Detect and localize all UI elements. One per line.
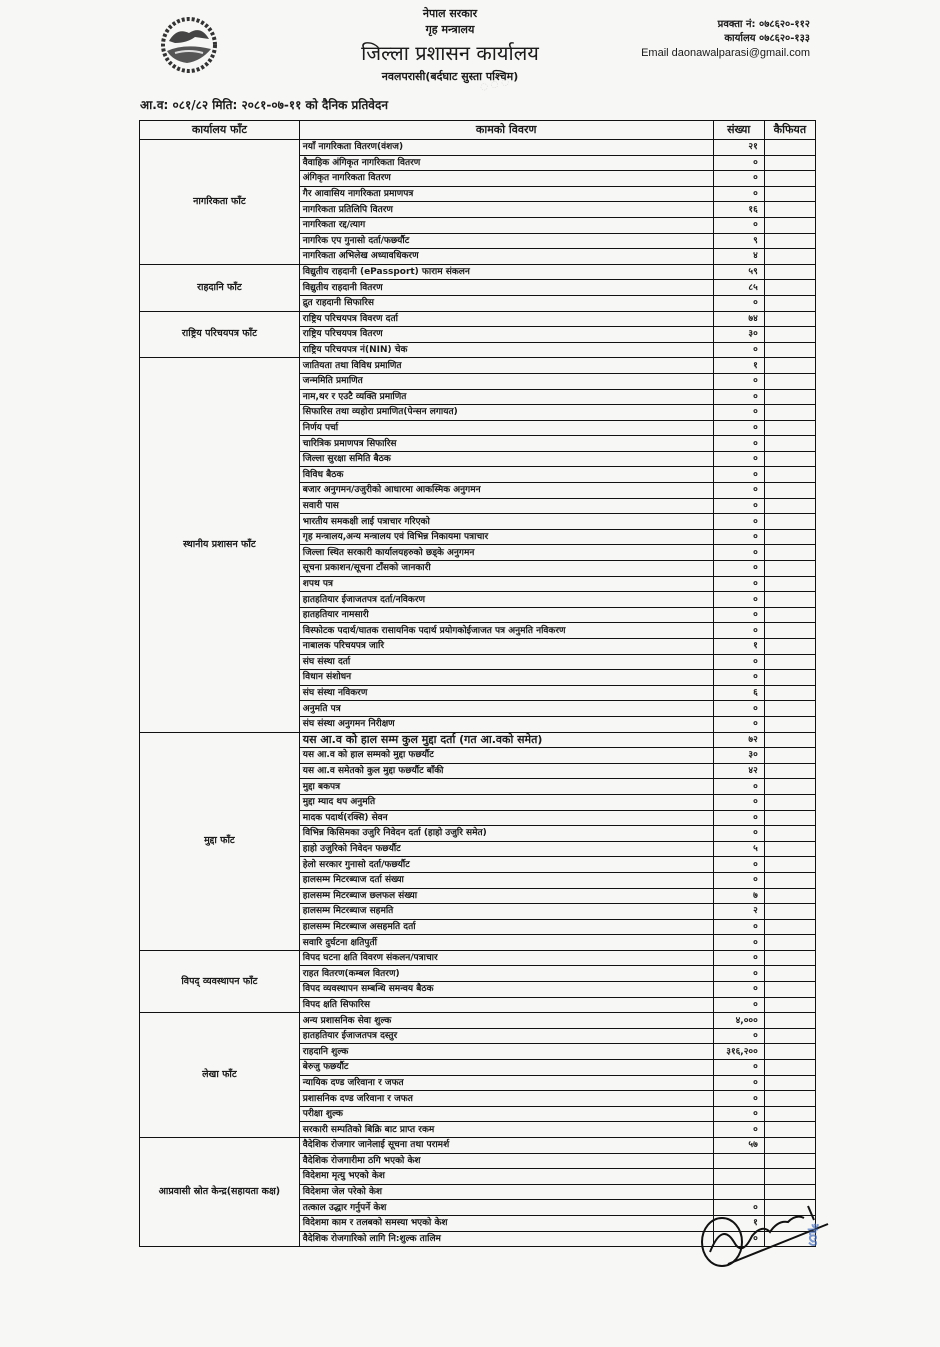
row-count: ५७ [713,1138,764,1154]
row-count: ६ [713,685,764,701]
table-row: राहदानि फाँटविद्युतीय राहदानी (ePassport… [140,264,816,280]
row-count: ० [713,576,764,592]
row-description: वैदेशिक रोजगार जानेलाई सूचना तथा परामर्श [299,1138,713,1154]
row-remarks [764,233,815,249]
row-description: हालसम्म मिटरब्याज सहमति [299,904,713,920]
row-remarks [764,670,815,686]
row-description: शपथ पत्र [299,576,713,592]
row-description: बजार अनुगमन/उजुरीको आधारमा आकस्मिक अनुगम… [299,483,713,499]
row-remarks [764,561,815,577]
row-count: १६ [713,202,764,218]
row-remarks [764,607,815,623]
row-count: ० [713,561,764,577]
row-count: ३० [713,748,764,764]
row-remarks [764,810,815,826]
row-count: ० [713,701,764,717]
row-description: विदेशमा मृत्यु भएको केश [299,1169,713,1185]
row-count: ० [713,1075,764,1091]
row-count: ० [713,872,764,888]
report-page: नेपाल सरकार गृह मन्त्रालय जिल्ला प्रशासन… [0,0,940,1347]
row-description: संघ संस्था दर्ता [299,654,713,670]
row-remarks [764,1169,815,1185]
row-count: ० [713,592,764,608]
row-description: मुद्दा म्याद थप अनुमति [299,794,713,810]
row-description: द्रुत राहदानी सिफारिस [299,295,713,311]
row-remarks [764,935,815,951]
row-count: ० [713,420,764,436]
row-remarks [764,483,815,499]
row-count: ० [713,966,764,982]
row-count: ५९ [713,264,764,280]
section-name: मुद्दा फाँट [140,732,300,950]
row-remarks [764,748,815,764]
row-count: ० [713,950,764,966]
row-remarks [764,997,815,1013]
header-remarks: कैफियत [764,121,815,140]
report-title: आ.व: ०८१/८२ मिति: २०८१-०७-११ को दैनिक प्… [140,96,388,113]
header-description: कामको विवरण [299,121,713,140]
row-description: राहत वितरण(कम्बल वितरण) [299,966,713,982]
table-row: आप्रवासी स्रोत केन्द्र(सहायता कक्ष)वैदेश… [140,1138,816,1154]
daily-report-table: कार्यालय फाँट कामको विवरण संख्या कैफियत … [139,120,816,1247]
office-email: Email daonawalparasi@gmail.com [600,46,810,60]
table-row: स्थानीय प्रशासन फाँटजातियता तथा विविध प्… [140,358,816,374]
row-description: निर्णय पर्चा [299,420,713,436]
row-remarks [764,436,815,452]
row-count: ० [713,342,764,358]
row-remarks [764,982,815,998]
row-count: ० [713,982,764,998]
row-description: वैदेशिक रोजगारीमा ठगि भएको केश [299,1153,713,1169]
row-description: चारित्रिक प्रमाणपत्र सिफारिस [299,436,713,452]
row-remarks [764,451,815,467]
row-remarks [764,498,815,514]
row-remarks [764,1028,815,1044]
row-description: न्यायिक दण्ड जरिवाना र जफत [299,1075,713,1091]
row-count: ० [713,794,764,810]
row-remarks [764,888,815,904]
row-remarks [764,155,815,171]
row-description: मुद्दा बकपत्र [299,779,713,795]
row-remarks [764,420,815,436]
row-description: नाबालक परिचयपत्र जारि [299,639,713,655]
row-count: ४ [713,249,764,265]
row-remarks [764,701,815,717]
row-remarks [764,950,815,966]
row-remarks [764,576,815,592]
row-count: १ [713,358,764,374]
row-description: राष्ट्रिय परिचयपत्र वितरण [299,327,713,343]
row-remarks [764,1075,815,1091]
letterhead: नेपाल सरकार गृह मन्त्रालय जिल्ला प्रशासन… [330,6,570,87]
row-count: ० [713,483,764,499]
row-count: ० [713,217,764,233]
section-name: आप्रवासी स्रोत केन्द्र(सहायता कक्ष) [140,1138,300,1247]
row-count: ० [713,155,764,171]
row-remarks [764,857,815,873]
row-count: ० [713,514,764,530]
row-remarks [764,1060,815,1076]
row-description: प्रशासनिक दण्ड जरिवाना र जफत [299,1091,713,1107]
row-remarks [764,592,815,608]
row-remarks [764,639,815,655]
row-description: सूचना प्रकाशन/सूचना टाँसको जानकारी [299,561,713,577]
row-remarks [764,358,815,374]
row-count: ० [713,1060,764,1076]
row-description: हालसम्म मिटरब्याज छलफल संख्या [299,888,713,904]
row-remarks [764,794,815,810]
row-description: गृह मन्त्रालय,अन्य मन्त्रालय एवं विभिन्न… [299,529,713,545]
row-remarks [764,202,815,218]
row-count: १ [713,639,764,655]
row-remarks [764,217,815,233]
row-description: जिल्ला स्थित सरकारी कार्यालयहरुको छड्के … [299,545,713,561]
row-count: ० [713,935,764,951]
row-description: अनुमति पत्र [299,701,713,717]
row-description: हेलो सरकार गुनासो दर्ता/फछर्यौट [299,857,713,873]
row-remarks [764,545,815,561]
row-count: ७२ [713,732,764,748]
header-count: संख्या [713,121,764,140]
row-remarks [764,327,815,343]
row-count: ३१६,२०० [713,1044,764,1060]
row-count: ० [713,1122,764,1138]
row-description: विपद व्यवस्थापन सम्बन्धि समन्वय बैठक [299,982,713,998]
row-description: हातहतियार नामसारी [299,607,713,623]
row-description: संघ संस्था नविकरण [299,685,713,701]
row-count: ० [713,670,764,686]
row-description: विदेशमा जेल परेको केश [299,1184,713,1200]
row-description: यस आ.व को हाल सम्म कुल मुद्दा दर्ता (गत … [299,732,713,748]
row-remarks [764,966,815,982]
row-count: ० [713,1028,764,1044]
row-count: ४२ [713,763,764,779]
section-name: राष्ट्रिय परिचयपत्र फाँट [140,311,300,358]
header-section: कार्यालय फाँट [140,121,300,140]
table-row: विपद् व्यवस्थापन फाँटविपद घटना क्षति विव… [140,950,816,966]
row-count: ० [713,1091,764,1107]
row-description: नागरिकता अभिलेख अध्यावधिकरण [299,249,713,265]
row-description: मादक पदार्थ(रक्सि) सेवन [299,810,713,826]
row-remarks [764,1013,815,1029]
row-description: नयाँ नागरिकता वितरण(वंशज) [299,140,713,156]
row-remarks [764,311,815,327]
row-description: नाम,थर र एउटै व्यक्ति प्रमाणित [299,389,713,405]
row-remarks [764,654,815,670]
row-description: विद्युतीय राहदानी वितरण [299,280,713,296]
row-count: ९ [713,233,764,249]
row-count [713,1169,764,1185]
row-count: ० [713,405,764,421]
row-count: ० [713,607,764,623]
row-description: विभिन्न किसिमका उजुरि निवेदन दर्ता (हाहो… [299,826,713,842]
government-name: नेपाल सरकार [330,6,570,21]
row-remarks [764,1138,815,1154]
row-description: विविध बैठक [299,467,713,483]
row-remarks [764,872,815,888]
row-remarks [764,1153,815,1169]
row-description: वैदेशिक रोजगारिको लागि नि:शुल्क तालिम [299,1231,713,1247]
row-remarks [764,171,815,187]
row-count: ० [713,779,764,795]
row-remarks [764,514,815,530]
row-description: भारतीय समकक्षी लाई पत्राचार गरिएको [299,514,713,530]
row-count: ० [713,857,764,873]
nepal-emblem-icon [155,15,223,75]
row-count: ८५ [713,280,764,296]
row-remarks [764,264,815,280]
row-description: नागरिकता प्रतिलिपि वितरण [299,202,713,218]
row-description: जातियता तथा विविध प्रमाणित [299,358,713,374]
row-remarks [764,529,815,545]
row-remarks [764,186,815,202]
row-count: ० [713,997,764,1013]
row-count: ० [713,498,764,514]
row-description: सरकारी सम्पतिको बिक्रि बाट प्राप्त रकम [299,1122,713,1138]
row-count [713,1153,764,1169]
row-count: ० [713,716,764,732]
row-description: गैर आवासिय नागरिकता प्रमाणपत्र [299,186,713,202]
row-description: तत्काल उद्धार गर्नुपर्ने केश [299,1200,713,1216]
row-description: परीक्षा शुल्क [299,1106,713,1122]
row-description: वैवाहिक अंगिकृत नागरिकता वितरण [299,155,713,171]
row-remarks [764,140,815,156]
row-count: ० [713,436,764,452]
row-remarks [764,373,815,389]
row-count: ४,००० [713,1013,764,1029]
row-remarks [764,1044,815,1060]
row-remarks [764,841,815,857]
row-description: हातहतियार ईजाजतपत्र दर्ता/नविकरण [299,592,713,608]
row-count: ० [713,623,764,639]
row-remarks [764,685,815,701]
row-remarks [764,1091,815,1107]
row-remarks [764,826,815,842]
section-name: स्थानीय प्रशासन फाँट [140,358,300,732]
row-remarks [764,467,815,483]
row-description: हालसम्म मिटरब्याज असहमति दर्ता [299,919,713,935]
row-remarks [764,342,815,358]
row-description: विपद क्षति सिफारिस [299,997,713,1013]
row-count: ० [713,467,764,483]
row-description: बेरुजु फछर्यौट [299,1060,713,1076]
row-count: ० [713,171,764,187]
section-name: नागरिकता फाँट [140,140,300,265]
row-description: यस आ.व समेतको कुल मुद्दा फछर्यौट बाँकी [299,763,713,779]
table-row: मुद्दा फाँटयस आ.व को हाल सम्म कुल मुद्दा… [140,732,816,748]
row-description: संघ संस्था अनुगमन निरीक्षण [299,716,713,732]
row-remarks [764,389,815,405]
row-remarks [764,763,815,779]
section-name: लेखा फाँट [140,1013,300,1138]
row-count: ० [713,295,764,311]
row-count: २ [713,904,764,920]
row-description: राष्ट्रिय परिचयपत्र विवरण दर्ता [299,311,713,327]
row-description: विदेशमा काम र तलबको समस्या भएको केश [299,1215,713,1231]
row-count: ० [713,529,764,545]
row-count: ० [713,373,764,389]
row-count: ० [713,919,764,935]
row-remarks [764,919,815,935]
row-description: नागरिकता रद्द/त्याग [299,217,713,233]
row-description: अंगिकृत नागरिकता वितरण [299,171,713,187]
row-description: जिल्ला सुरक्षा समिति बैठक [299,451,713,467]
row-remarks [764,779,815,795]
district-name: नवलपरासी(बर्दघाट सुस्ता पश्चिम) [330,67,570,87]
row-count: २१ [713,140,764,156]
row-description: सिफारिस तथा व्यहोरा प्रमाणित(पेन्सन लगाय… [299,405,713,421]
row-count: ० [713,451,764,467]
row-description: हाहो उजुरिको निवेदन फछर्यौट [299,841,713,857]
row-description: सवारी पास [299,498,713,514]
row-remarks [764,716,815,732]
row-description: राहदानि शुल्क [299,1044,713,1060]
row-count [713,1184,764,1200]
section-name: विपद् व्यवस्थापन फाँट [140,950,300,1012]
row-count: ० [713,389,764,405]
row-remarks [764,1122,815,1138]
table-row: नागरिकता फाँटनयाँ नागरिकता वितरण(वंशज)२१ [140,140,816,156]
row-description: विपद घटना क्षति विवरण संकलन/पत्राचार [299,950,713,966]
row-remarks [764,249,815,265]
table-row: राष्ट्रिय परिचयपत्र फाँटराष्ट्रिय परिचयप… [140,311,816,327]
row-description: जन्ममिति प्रमाणित [299,373,713,389]
spokesperson-phone: प्रवक्ता नं: ०७८६२०-११२ [600,18,810,32]
row-count: ७४ [713,311,764,327]
row-description: विधान संशोधन [299,670,713,686]
ministry-name: गृह मन्त्रालय [330,21,570,39]
row-description: हालसम्म मिटरब्याज दर्ता संख्या [299,872,713,888]
row-remarks [764,904,815,920]
row-description: राष्ट्रिय परिचयपत्र नं(NIN) चेक [299,342,713,358]
row-remarks [764,280,815,296]
contact-info: प्रवक्ता नं: ०७८६२०-११२ कार्यालय ०७८६२०-… [600,18,810,60]
row-count: ३० [713,327,764,343]
row-remarks [764,405,815,421]
row-count: ७ [713,888,764,904]
row-remarks [764,1106,815,1122]
row-count: ० [713,810,764,826]
table-header-row: कार्यालय फाँट कामको विवरण संख्या कैफियत [140,121,816,140]
row-remarks [764,623,815,639]
row-description: यस आ.व को हाल सम्मको मुद्दा फछर्यौट [299,748,713,764]
row-description: हातहतियार ईजाजतपत्र दस्तुर [299,1028,713,1044]
section-name: राहदानि फाँट [140,264,300,311]
row-count: ० [713,186,764,202]
row-remarks [764,1184,815,1200]
row-description: विस्फोटक पदार्थ/घातक रासायनिक पदार्थ प्र… [299,623,713,639]
row-count: ० [713,1106,764,1122]
row-description: विद्युतीय राहदानी (ePassport) फाराम संकल… [299,264,713,280]
office-phone: कार्यालय ०७८६२०-१३३ [600,32,810,46]
row-description: नागरिक एप गुनासो दर्ता/फछर्यौट [299,233,713,249]
row-remarks [764,732,815,748]
table-row: लेखा फाँटअन्य प्रशासनिक सेवा शुल्क४,००० [140,1013,816,1029]
row-description: सवारि दुर्घटना क्षतिपुर्ती [299,935,713,951]
row-count: ० [713,654,764,670]
row-remarks [764,295,815,311]
office-name: जिल्ला प्रशासन कार्यालय [330,39,570,67]
row-count: ० [713,826,764,842]
row-description: अन्य प्रशासनिक सेवा शुल्क [299,1013,713,1029]
row-count: ० [713,545,764,561]
office-stamp: हुँ [808,1222,818,1246]
row-count: ५ [713,841,764,857]
